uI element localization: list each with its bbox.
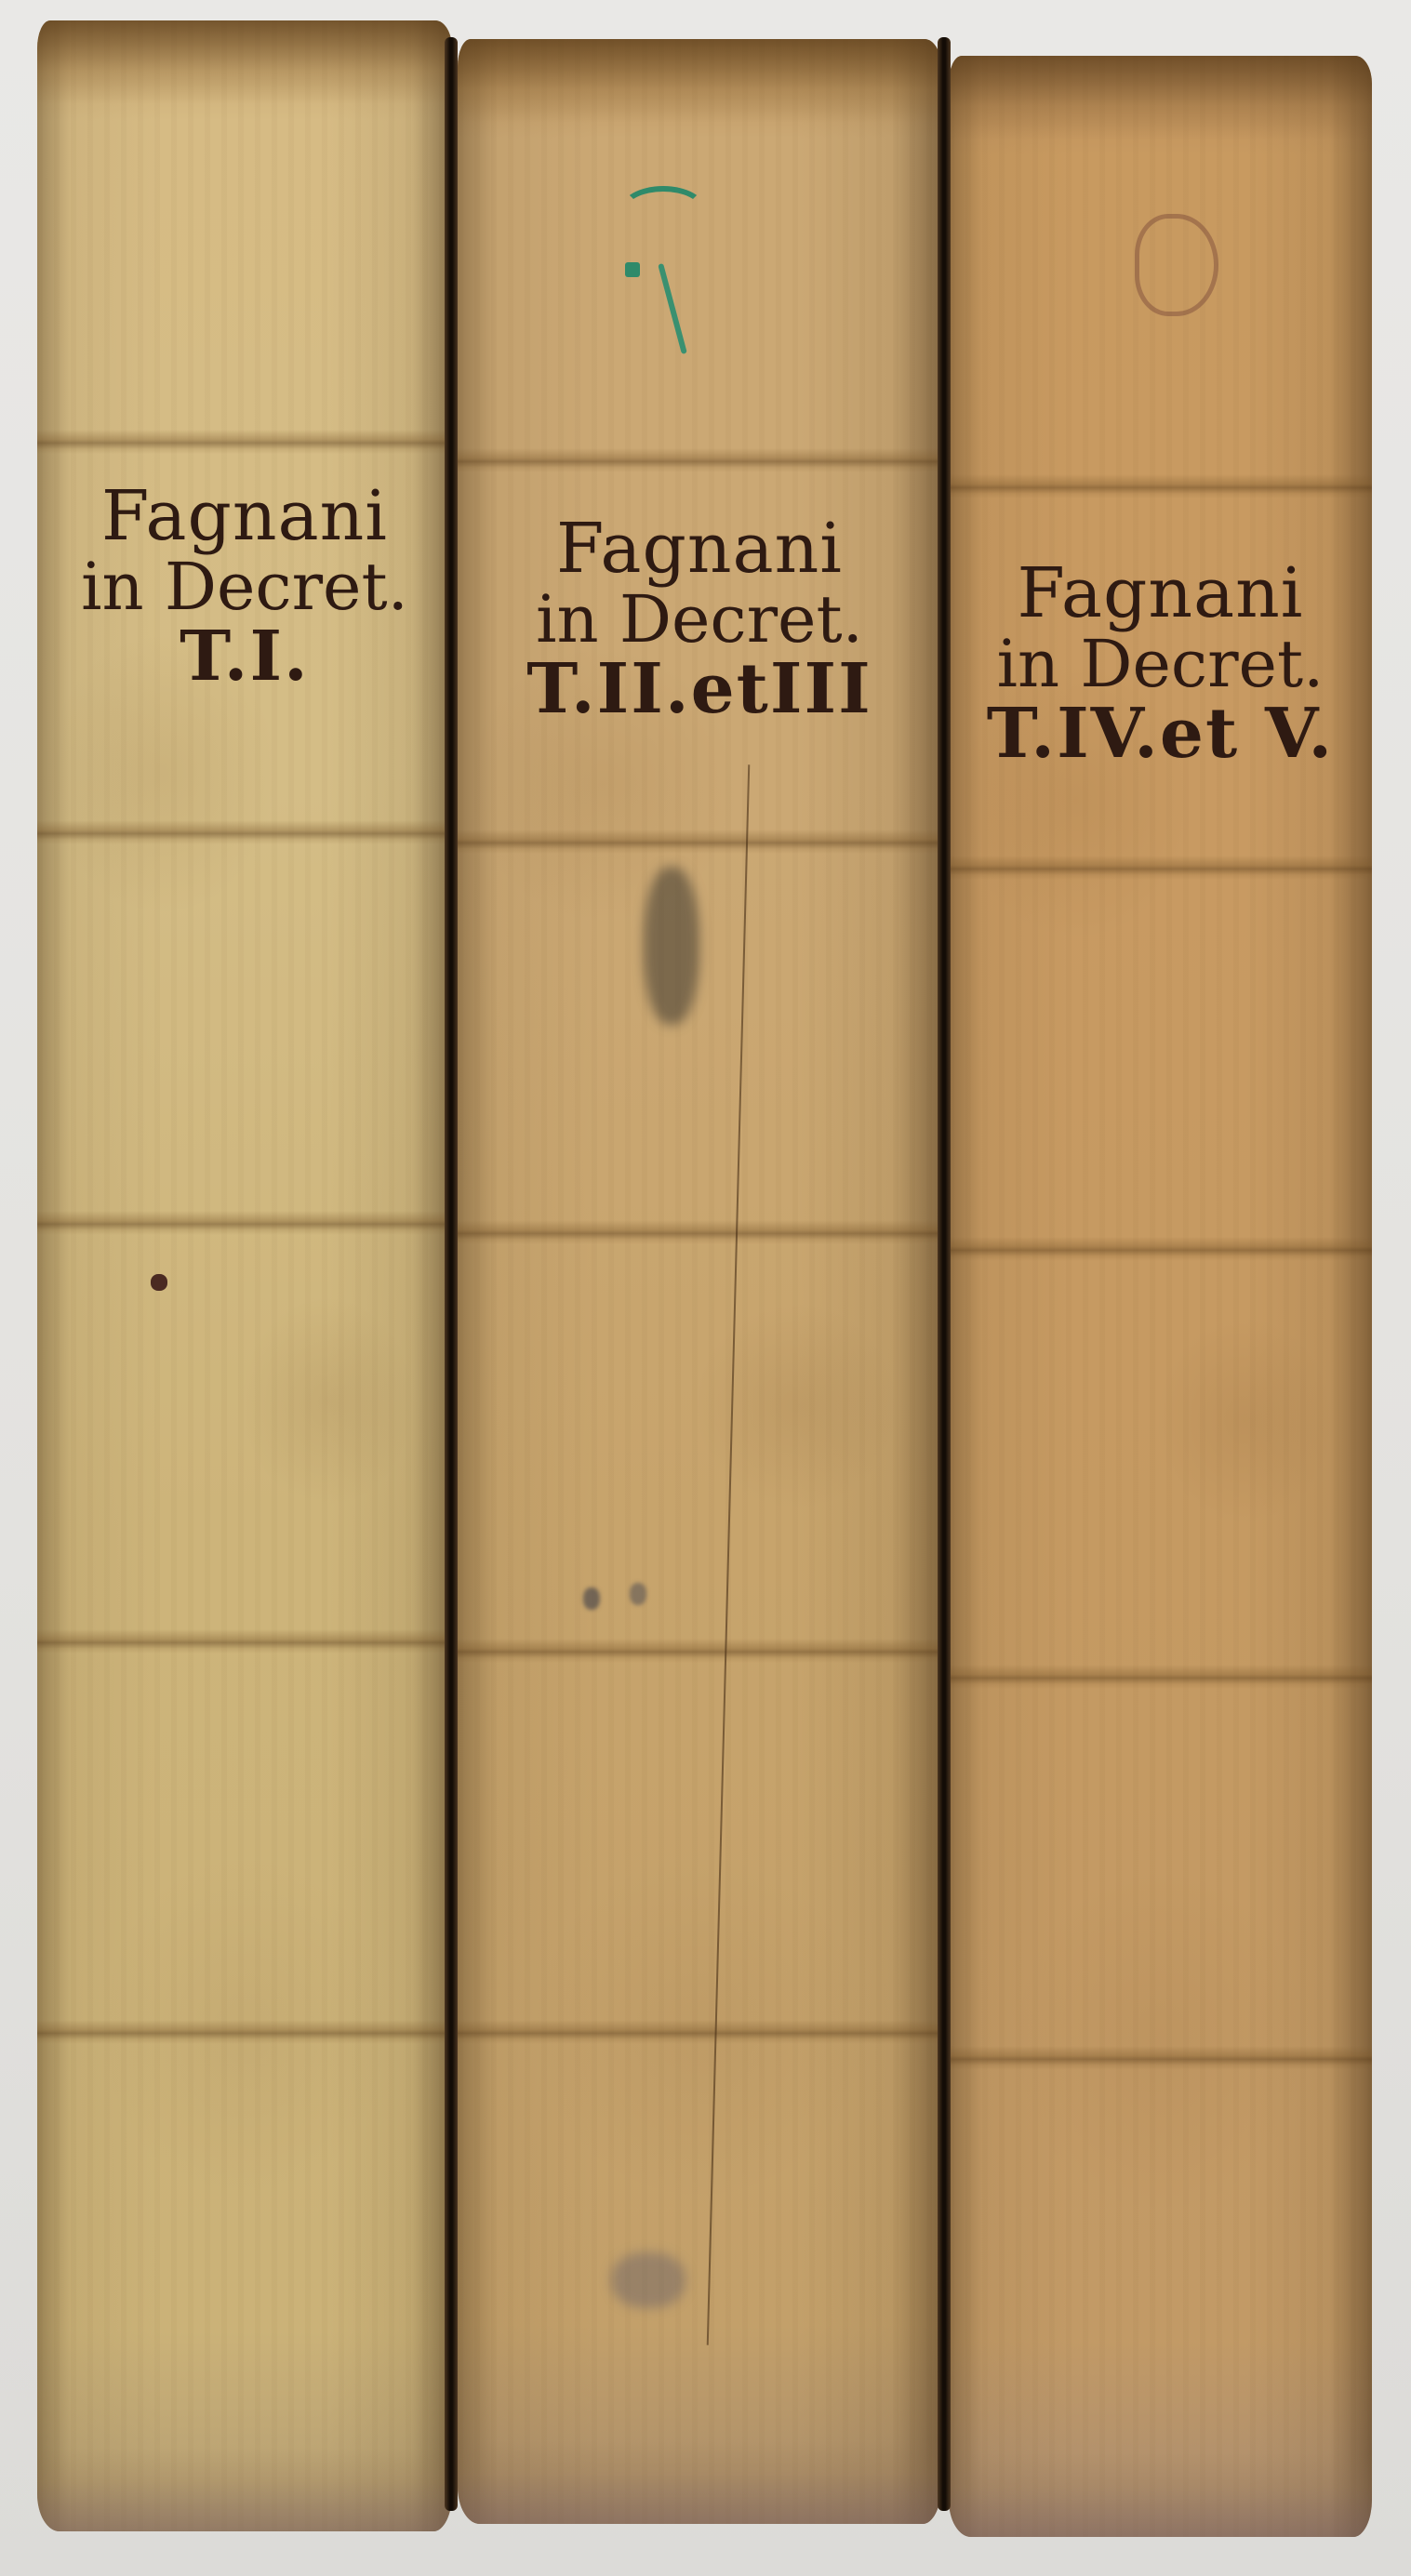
raised-band (949, 2046, 1372, 2070)
bookshelf-photo: Fagnani in Decret. T.I. Fagnani in Decre… (0, 0, 1411, 2576)
raised-band (37, 2020, 452, 2044)
tailcap (458, 2440, 941, 2524)
raised-band (949, 1237, 1372, 1261)
book-volume-2-3: Fagnani in Decret. T.II.etIII (458, 39, 941, 2524)
spine-label: Fagnani in Decret. T.I. (37, 481, 452, 694)
label-volume: T.I. (37, 621, 452, 694)
ink-spot (151, 1274, 167, 1291)
label-title: in Decret. (458, 586, 941, 655)
spine-label: Fagnani in Decret. T.II.etIII (458, 513, 941, 726)
raised-band (458, 1639, 941, 1663)
faded-circular-mark (1135, 214, 1218, 316)
spine-gap (445, 37, 458, 2511)
raised-band (949, 856, 1372, 880)
spine-gap (938, 37, 951, 2511)
label-volume: T.IV.et V. (949, 698, 1372, 771)
label-volume: T.II.etIII (458, 654, 941, 726)
ink-spot (583, 1587, 600, 1610)
raised-band (37, 1211, 452, 1235)
tailcap (37, 2448, 452, 2531)
raised-band (949, 474, 1372, 498)
raised-band (458, 830, 941, 854)
green-shelfmark (620, 186, 706, 234)
green-shelfmark-stroke (658, 263, 687, 354)
vellum-crack (707, 764, 751, 2344)
label-title: in Decret. (949, 631, 1372, 699)
label-author: Fagnani (458, 513, 941, 586)
headcap (37, 20, 452, 104)
green-shelfmark-dot (625, 262, 640, 277)
raised-band (458, 2020, 941, 2044)
book-volume-1: Fagnani in Decret. T.I. (37, 20, 452, 2531)
tailcap (949, 2453, 1372, 2537)
raised-band (37, 430, 452, 454)
label-title: in Decret. (37, 553, 452, 622)
book-volume-4-5: Fagnani in Decret. T.IV.et V. (949, 56, 1372, 2537)
ink-stain (644, 867, 699, 1025)
ink-spot (630, 1583, 646, 1605)
headcap (458, 39, 941, 123)
raised-band (458, 448, 941, 472)
label-author: Fagnani (37, 481, 452, 553)
spine-label: Fagnani in Decret. T.IV.et V. (949, 558, 1372, 771)
raised-band (37, 820, 452, 844)
raised-band (458, 1220, 941, 1244)
headcap (949, 56, 1372, 139)
raised-band (949, 1665, 1372, 1689)
label-author: Fagnani (949, 558, 1372, 631)
raised-band (37, 1629, 452, 1653)
grey-stain (611, 2252, 686, 2308)
